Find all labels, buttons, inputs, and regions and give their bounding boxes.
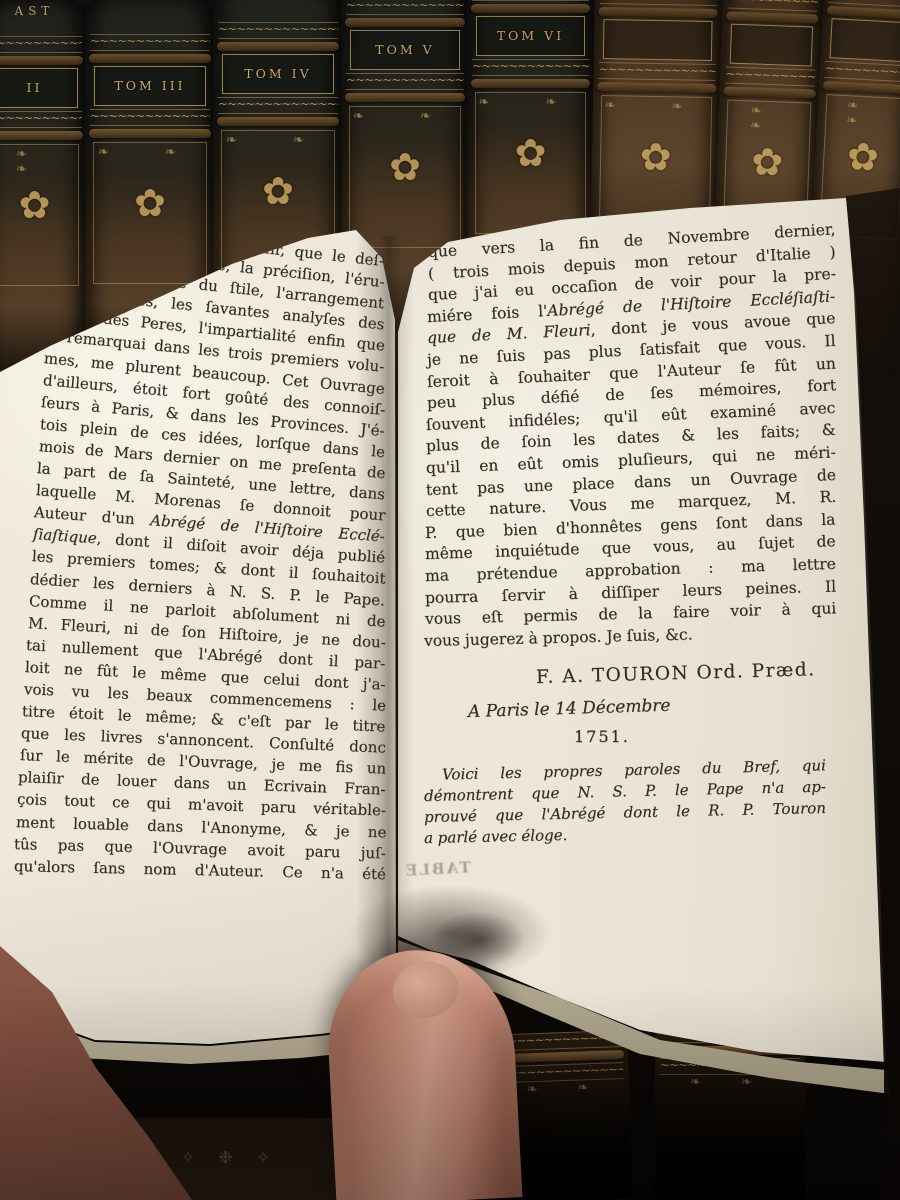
- shadow-fade: [502, 1030, 633, 1200]
- raised-band: [471, 79, 590, 88]
- right-page-lines: que vers la fin de Novembre dernier,( tr…: [424, 242, 836, 652]
- raised-band: [345, 93, 465, 102]
- gold-vine-ornament-icon: ~~~~~~~~~~~~~~~~: [0, 36, 82, 53]
- gold-vine-ornament-icon: ~~~~~~~~~~~~~~~~: [598, 62, 715, 81]
- gold-floral-tool-icon: ✿: [0, 183, 78, 227]
- spine-volume-label: II: [0, 68, 78, 108]
- spine-gilt-compartment: ❧ ❧✿: [349, 106, 461, 248]
- thumb-nail: [388, 956, 463, 1024]
- dateline-year: 1751.: [574, 726, 836, 748]
- raised-band: [89, 54, 211, 63]
- gold-vine-ornament-icon: ~~~~~~~~~~~~~~~~: [472, 0, 589, 1]
- raised-band: [89, 129, 211, 138]
- gold-floral-tool-icon: ✿: [350, 145, 460, 189]
- raised-band: [345, 18, 465, 27]
- gold-vine-ornament-icon: ~~~~~~~~~~~~~~~~: [90, 34, 210, 51]
- gold-floral-tool-icon: ✿: [94, 181, 206, 225]
- text-segment: a parlé avec éloge.: [424, 826, 568, 847]
- spine-volume-label: TOM IV: [222, 54, 334, 94]
- raised-band: [0, 56, 83, 65]
- raised-band: [726, 11, 818, 23]
- gold-floral-tool-icon: ✿: [222, 169, 334, 213]
- signature-line: F. A. TOURON Ord. Præd.: [536, 659, 836, 689]
- gold-vine-ornament-icon: ~~~~~~~~~~~~~~~~: [600, 0, 717, 6]
- gold-fleuron-icon: ❧ ❧: [350, 109, 460, 124]
- raised-band: [724, 86, 816, 98]
- raised-band: [823, 81, 900, 95]
- lower-shelf-spine: ~~~~~~~~~~~~~~~~ ~~~~~~~~~~~~~~~~ ❧ ❧: [502, 1030, 633, 1200]
- spine-gilt-compartment: ❧ ❧✿: [0, 144, 79, 286]
- spine-title-text: [85, 0, 215, 34]
- spine-volume-label: [603, 19, 713, 61]
- gold-vine-ornament-icon: ~~~~~~~~~~~~~~~~: [218, 97, 338, 114]
- raised-band: [599, 7, 718, 18]
- gold-vine-ornament-icon: ~~~~~~~~~~~~~~~~: [472, 59, 589, 76]
- gold-floral-tool-icon: ✿: [823, 133, 900, 181]
- raised-band: [217, 117, 339, 126]
- text-segment: ſiaſtique: [32, 525, 97, 547]
- gold-fleuron-icon: ❧ ❧: [476, 95, 585, 110]
- raised-band: [597, 82, 716, 93]
- spine-gilt-compartment: ❧ ❧✿: [475, 92, 586, 234]
- gold-vine-ornament-icon: ~~~~~~~~~~~~~~~~: [218, 22, 338, 39]
- gold-vine-ornament-icon: ~~~~~~~~~~~~~~~~: [346, 0, 464, 15]
- editorial-note: Voici les propres paroles du Bref, quidé…: [424, 765, 826, 849]
- spine-volume-label: TOM III: [94, 66, 206, 106]
- gold-vine-ornament-icon: ~~~~~~~~~~~~~~~~: [825, 61, 900, 82]
- spine-title-text: [213, 0, 343, 22]
- gold-fleuron-icon: ❧ ❧: [602, 98, 711, 115]
- spine-volume-label: TOM VI: [476, 16, 585, 56]
- spine-volume-label: [830, 18, 900, 62]
- raised-band: [827, 6, 900, 20]
- gold-vine-ornament-icon: ~~~~~~~~~~~~~~~~: [0, 111, 82, 128]
- gold-vine-ornament-icon: ~~~~~~~~~~~~~~~~: [90, 109, 210, 126]
- raised-band: [471, 4, 590, 13]
- gold-floral-tool-icon: ✿: [726, 139, 809, 186]
- photo-of-open-antique-book: AST~~~~~~~~~~~~~~~~II~~~~~~~~~~~~~~~~❧ ❧…: [0, 0, 900, 1200]
- gold-vine-ornament-icon: ~~~~~~~~~~~~~~~~: [728, 0, 819, 12]
- right-page-text-block: que vers la fin de Novembre dernier,( tr…: [424, 242, 836, 849]
- spine-volume-label: [730, 24, 813, 67]
- gold-vine-ornament-icon: ~~~~~~~~~~~~~~~~: [725, 66, 816, 86]
- raised-band: [0, 131, 83, 140]
- gold-floral-tool-icon: ✿: [601, 134, 711, 180]
- spine-volume-label: TOM V: [350, 30, 460, 70]
- gold-vine-ornament-icon: ~~~~~~~~~~~~~~~~: [346, 73, 464, 90]
- spine-gilt-compartment: ❧ ❧✿: [93, 142, 207, 284]
- embossed-setoff-stamp: TABLE: [404, 858, 471, 879]
- spine-title-text: AST: [0, 0, 87, 36]
- raised-band: [217, 42, 339, 51]
- gold-fleuron-icon: ❧ ❧: [0, 147, 78, 177]
- gold-fleuron-icon: ❧ ❧: [826, 97, 900, 131]
- gold-floral-tool-icon: ✿: [476, 131, 585, 175]
- gold-fleuron-icon: ❧ ❧: [222, 133, 334, 148]
- gold-fleuron-icon: ❧ ❧: [727, 103, 810, 136]
- gold-fleuron-icon: ❧ ❧: [94, 145, 206, 160]
- dateline: A Paris le 14 Décembre: [468, 690, 836, 723]
